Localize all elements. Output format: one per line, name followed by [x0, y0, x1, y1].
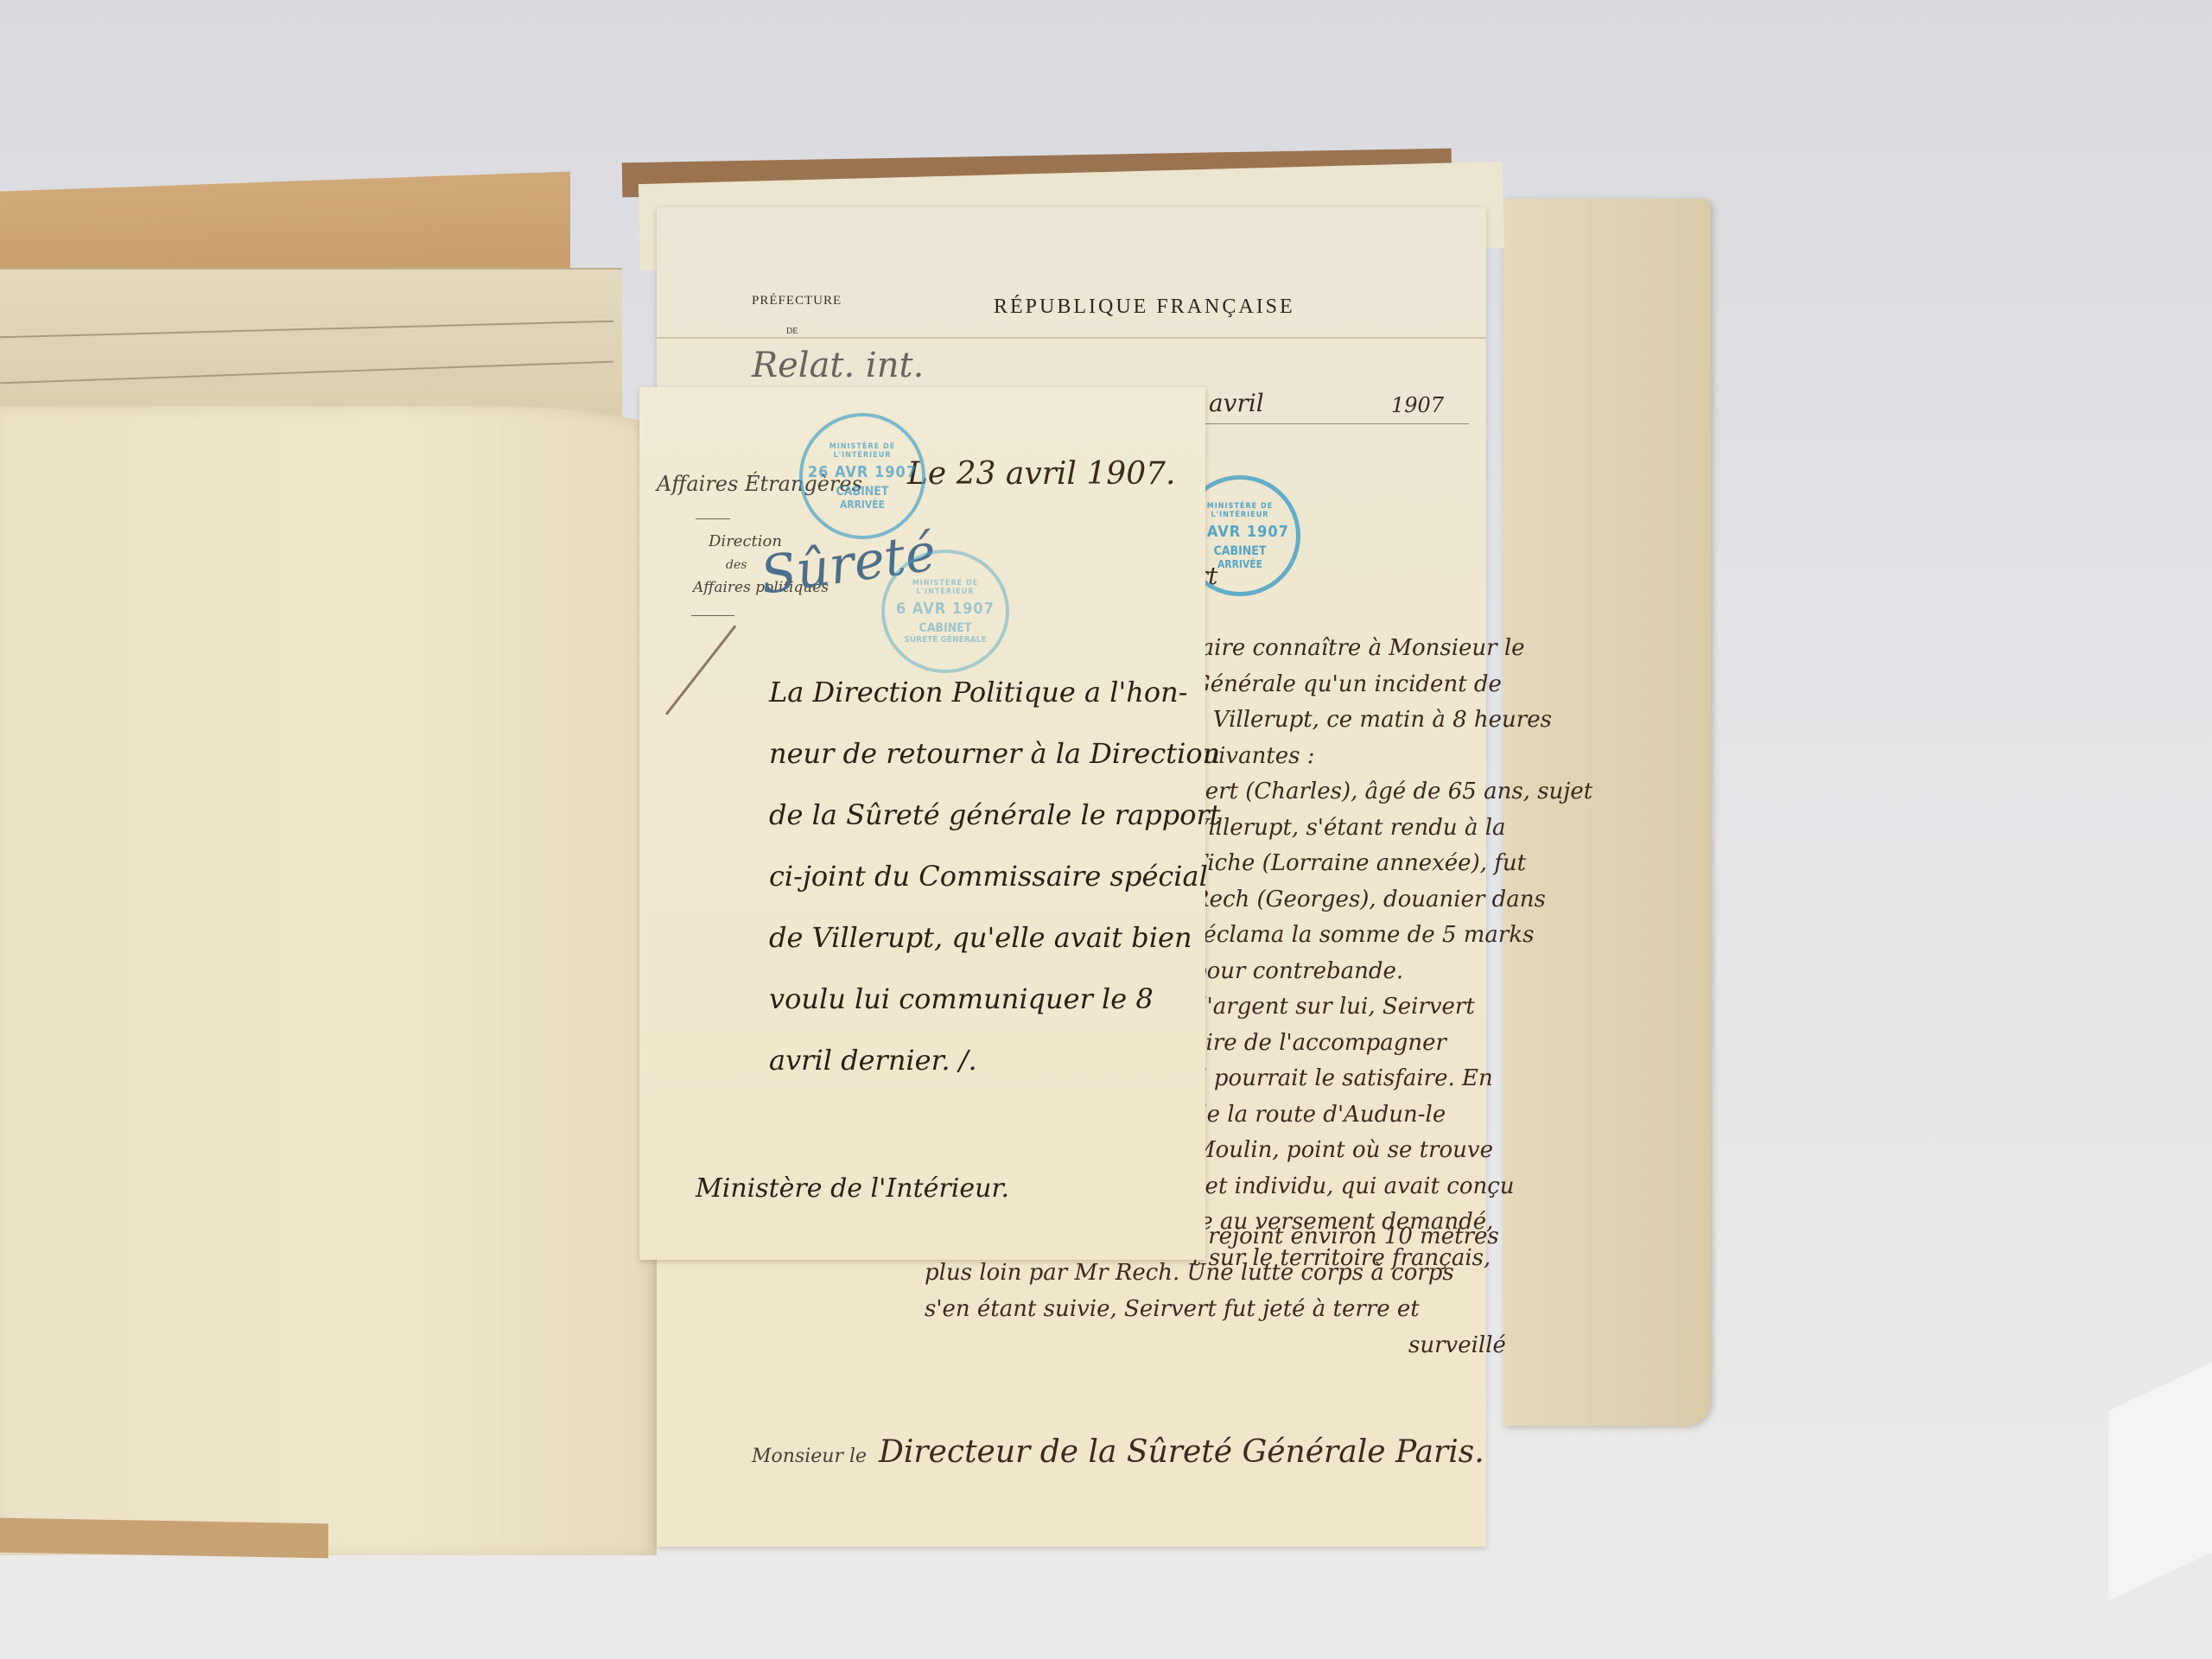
note-addressee: Ministère de l'Intérieur. — [696, 1173, 1009, 1204]
diagonal-pencil-stroke — [665, 625, 736, 715]
white-paper-corner — [2108, 1354, 2212, 1600]
body-line: surveillé — [925, 1327, 1506, 1363]
body-line: vert (Charles), âgé de 65 ans, sujet — [1192, 774, 1486, 810]
body-line: à Villerupt, ce matin à 8 heures — [1192, 702, 1486, 739]
margin-note: Relat. int. — [752, 346, 924, 385]
body-line: Rech (Georges), douanier dans — [1192, 882, 1486, 918]
address-prefix: Monsieur le — [752, 1446, 867, 1467]
body-line: Générale qu'un incident de — [1192, 667, 1486, 703]
body-line: Tiche (Lorraine annexée), fut — [1192, 846, 1486, 882]
ministry-stamp-faded: MINISTÈRE DE L'INTÉRIEUR 6 AVR 1907 CABI… — [881, 550, 1009, 673]
note-line: voulu lui communiquer le 8 — [769, 969, 1221, 1030]
address-block: Monsieur le Directeur de la Sûreté Génér… — [752, 1434, 1484, 1470]
left-blank-page — [0, 406, 657, 1555]
ministry-stamp-26-avr: MINISTÈRE DE L'INTÉRIEUR 26 AVR 1907 CAB… — [799, 413, 925, 539]
letterhead-rule — [696, 518, 730, 519]
body-line: suivantes : — [1192, 739, 1486, 775]
prefecture-header-sub: DE — [786, 327, 798, 336]
note-line: La Direction Politique a l'hon- — [769, 662, 1221, 723]
body-line: plus loin par Mr Rech. Une lutte corps à… — [925, 1255, 1506, 1291]
letterhead-des: des — [726, 558, 747, 572]
body-line: pour contrebande. — [1192, 954, 1486, 990]
body-line: Moulin, point où se trouve — [1192, 1133, 1486, 1169]
year: 1907 — [1391, 393, 1444, 417]
note-line: de la Sûreté générale le rapport — [769, 785, 1221, 846]
prefecture-body: faire connaître à Monsieur le Générale q… — [1192, 631, 1486, 1276]
note-line: neur de retourner à la Direction — [769, 723, 1221, 785]
foreign-affairs-note: Affaires Étrangères Direction des Affair… — [639, 387, 1205, 1260]
body-line: Villerupt, s'étant rendu à la — [1192, 810, 1486, 847]
note-body: La Direction Politique a l'hon- neur de … — [769, 662, 1221, 1091]
right-paper-stack — [1503, 199, 1711, 1426]
address-recipient: Directeur de la Sûreté Générale Paris. — [879, 1434, 1484, 1470]
letterhead-rule — [691, 615, 734, 616]
body-line: de la route d'Audun-le — [1192, 1097, 1486, 1134]
body-line: d'argent sur lui, Seirvert — [1192, 989, 1486, 1026]
body-line: réclama la somme de 5 marks — [1192, 918, 1486, 954]
letter-fold-line — [657, 337, 1486, 339]
folder-bottom-edge — [0, 1518, 328, 1559]
note-line: ci-joint du Commissaire spécial — [769, 846, 1221, 907]
body-line: faire connaître à Monsieur le — [1192, 631, 1486, 667]
body-line: cet individu, qui avait conçu — [1192, 1169, 1486, 1205]
note-line: avril dernier. /. — [769, 1030, 1221, 1091]
republique-francaise-heading: RÉPUBLIQUE FRANÇAISE — [994, 296, 1295, 319]
body-line: il pourrait le satisfaire. En — [1192, 1061, 1486, 1097]
body-line: aire de l'accompagner — [1192, 1026, 1486, 1062]
note-date: Le 23 avril 1907. — [907, 456, 1175, 492]
prefecture-header: PRÉFECTURE — [752, 294, 842, 308]
note-line: de Villerupt, qu'elle avait bien — [769, 907, 1221, 969]
body-line: s'en étant suivie, Seirvert fut jeté à t… — [925, 1291, 1506, 1327]
